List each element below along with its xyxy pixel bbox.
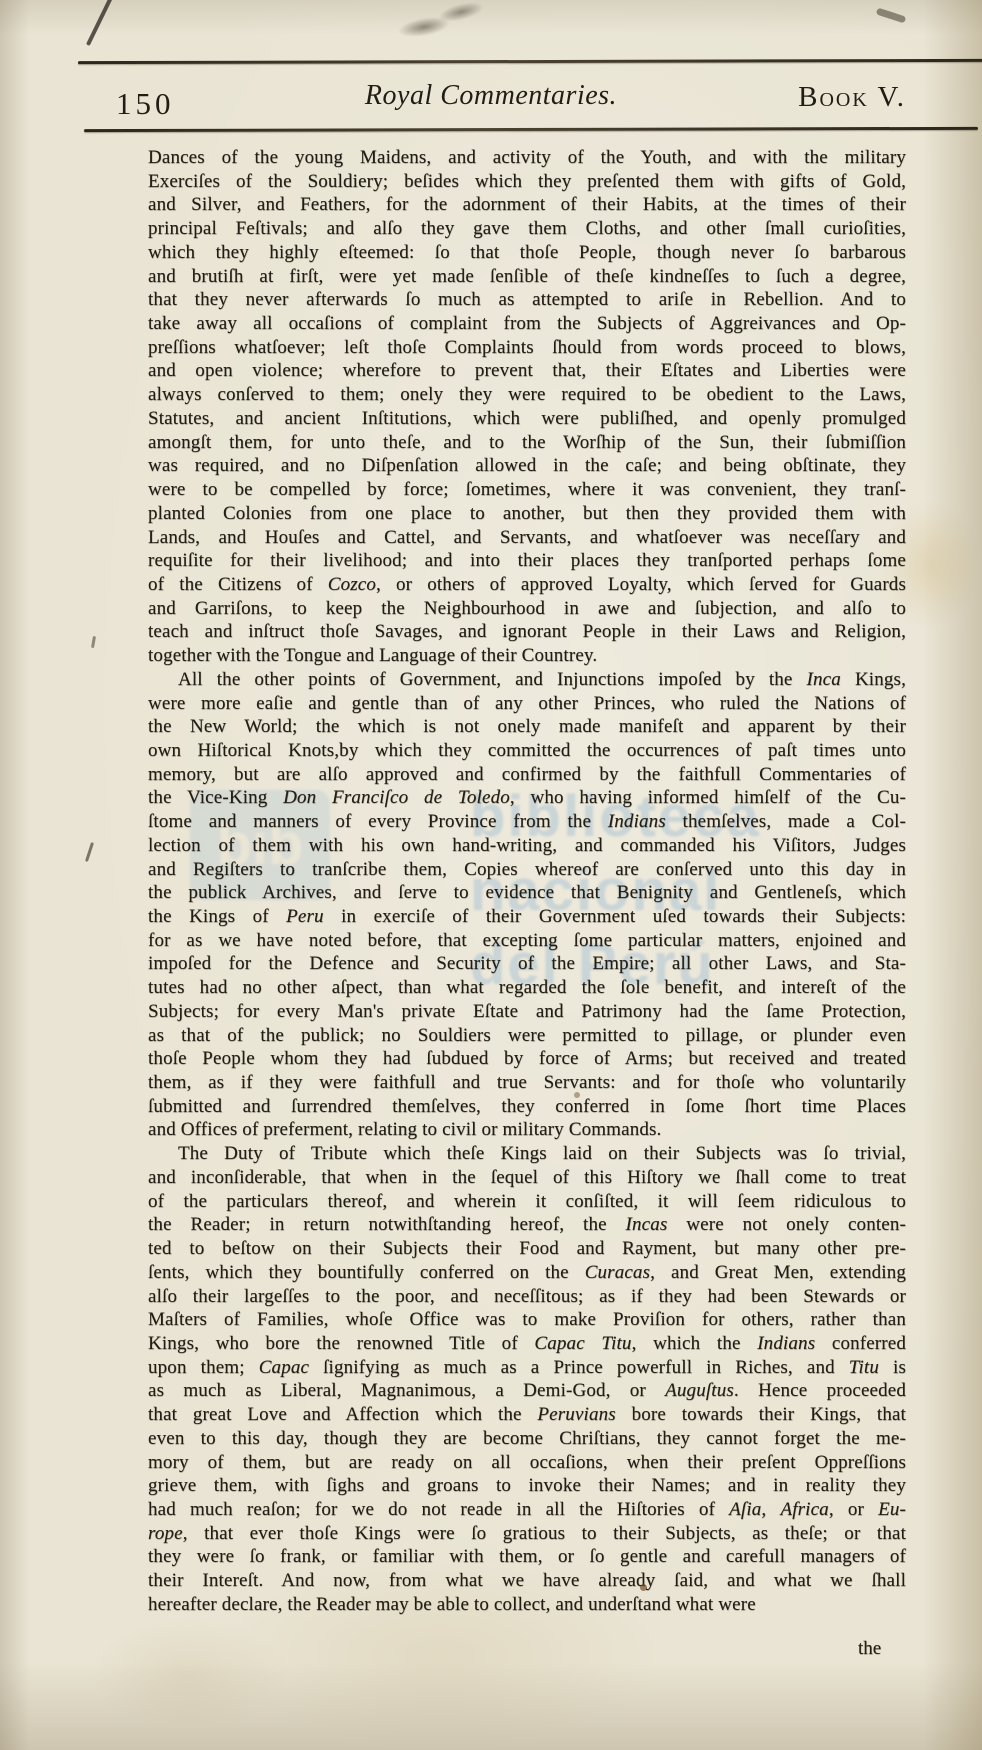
text-line: rope, that ever thoſe Kings were ſo grat… bbox=[148, 1522, 906, 1546]
text-line: mory of them, but are ready on all occaſ… bbox=[148, 1451, 906, 1475]
text-line: Exerciſes of the Souldiery; beſides whic… bbox=[148, 170, 906, 194]
text-line: ted to beſtow on their Subjects their Fo… bbox=[148, 1237, 906, 1261]
paper-speck bbox=[574, 1092, 580, 1098]
text-line: Kings, who bore the renowned Title of Ca… bbox=[148, 1332, 906, 1356]
text-line: and Regiſters to tranſcribe them, Copies… bbox=[148, 858, 906, 882]
text-line: together with the Tongue and Language of… bbox=[148, 644, 906, 668]
text-line: planted Colonies from one place to anoth… bbox=[148, 502, 906, 526]
text-line: them, as if they were faithfull and true… bbox=[148, 1071, 906, 1095]
text-line: memory, but are alſo approved and confir… bbox=[148, 763, 906, 787]
text-line: All the other points of Government, and … bbox=[148, 668, 906, 692]
margin-mark bbox=[85, 842, 94, 862]
text-line: Subjects; for every Man's private Eſtate… bbox=[148, 1000, 906, 1024]
text-line: teach and inſtruct thoſe Savages, and ig… bbox=[148, 620, 906, 644]
ink-mark-top-right bbox=[876, 8, 907, 24]
text-line: the Vice-King Don Franciſco de Toledo, w… bbox=[148, 786, 906, 810]
text-line: ſubmitted and ſurrendred themſelves, the… bbox=[148, 1095, 906, 1119]
text-line: as that of the publick; no Souldiers wer… bbox=[148, 1024, 906, 1048]
text-line: and Silver, and Feathers, for the adornm… bbox=[148, 193, 906, 217]
text-line: and inconſiderable, that when in the ſeq… bbox=[148, 1166, 906, 1190]
book-label: Book V. bbox=[798, 81, 906, 114]
text-line: alſo their largeſſes to the poor, and ne… bbox=[148, 1285, 906, 1309]
text-line: and Garriſons, to keep the Neighbourhood… bbox=[148, 597, 906, 621]
text-line: preſſions whatſoever; leſt thoſe Complai… bbox=[148, 336, 906, 360]
text-line: were to be compelled by force; ſometimes… bbox=[148, 478, 906, 502]
text-line: the Reader; in return notwithſtanding he… bbox=[148, 1213, 906, 1237]
text-block: Dances of the young Maidens, and activit… bbox=[148, 146, 906, 1617]
text-line: their Intereſt. And now, from what we ha… bbox=[148, 1569, 906, 1593]
text-line: that great Love and Affection which the … bbox=[148, 1403, 906, 1427]
text-line: tutes had no other aſpect, than what reg… bbox=[148, 976, 906, 1000]
text-line: of the particulars thereof, and wherein … bbox=[148, 1190, 906, 1214]
text-line: take away all occaſions of complaint fro… bbox=[148, 312, 906, 336]
text-line: that they never afterwards ſo much as at… bbox=[148, 288, 906, 312]
text-line: as much as Liberal, Magnanimous, a Demi-… bbox=[148, 1379, 906, 1403]
paper-stain bbox=[90, 1620, 290, 1730]
book-page: 150 Royal Commentaries. Book V. bib bibl… bbox=[0, 0, 982, 1750]
text-line: was required, and no Diſpenſation allowe… bbox=[148, 454, 906, 478]
text-line: impoſed for the Defence and Security of … bbox=[148, 952, 906, 976]
text-line: had much reaſon; for we do not reade in … bbox=[148, 1498, 906, 1522]
text-line: Lands, and Houſes and Cattel, and Servan… bbox=[148, 526, 906, 550]
text-line: always conſerved to them; onely they wer… bbox=[148, 383, 906, 407]
text-line: lection of them with his own hand-writin… bbox=[148, 834, 906, 858]
ink-stroke-top-left bbox=[86, 0, 114, 46]
page-header: 150 Royal Commentaries. Book V. bbox=[0, 80, 982, 130]
paper-speck bbox=[640, 1584, 647, 1591]
text-line: for as we have noted before, that except… bbox=[148, 929, 906, 953]
text-line: and Offices of preferment, relating to c… bbox=[148, 1118, 906, 1142]
text-line: amongſt them, for unto theſe, and to the… bbox=[148, 431, 906, 455]
text-line: thoſe People whom they had ſubdued by fo… bbox=[148, 1047, 906, 1071]
text-line: the publick Archives, and ſerve to evide… bbox=[148, 881, 906, 905]
text-line: and open violence; wherefore to prevent … bbox=[148, 359, 906, 383]
text-line: the Kings of Peru in exerciſe of their G… bbox=[148, 905, 906, 929]
text-line: the New World; the which is not onely ma… bbox=[148, 715, 906, 739]
text-line: hereafter declare, the Reader may be abl… bbox=[148, 1593, 906, 1617]
header-rule-top bbox=[78, 59, 982, 64]
text-line: which they highly eſteemed: ſo that thoſ… bbox=[148, 241, 906, 265]
text-line: requiſite for their livelihood; and into… bbox=[148, 549, 906, 573]
text-line: upon them; Capac ſignifying as much as a… bbox=[148, 1356, 906, 1380]
text-line: Dances of the young Maidens, and activit… bbox=[148, 146, 906, 170]
catchword: the bbox=[858, 1638, 881, 1660]
text-line: ſents, which they bountifully conferred … bbox=[148, 1261, 906, 1285]
text-line: ſtome and manners of every Province from… bbox=[148, 810, 906, 834]
text-line: and brutiſh at firſt, were yet made ſenſ… bbox=[148, 265, 906, 289]
text-line: were more eaſie and gentle than of any o… bbox=[148, 692, 906, 716]
text-line: principal Feſtivals; and alſo they gave … bbox=[148, 217, 906, 241]
text-line: grieve them, with ſighs and groans to in… bbox=[148, 1474, 906, 1498]
text-line: even to this day, though they are become… bbox=[148, 1427, 906, 1451]
text-line: The Duty of Tribute which theſe Kings la… bbox=[148, 1142, 906, 1166]
text-line: Maſters of Families, whoſe Office was to… bbox=[148, 1308, 906, 1332]
margin-mark bbox=[91, 636, 96, 648]
text-line: own Hiſtorical Knots,by which they commi… bbox=[148, 739, 906, 763]
text-line: they were ſo frank, or familiar with the… bbox=[148, 1545, 906, 1569]
text-line: Statutes, and ancient Inſtitutions, whic… bbox=[148, 407, 906, 431]
text-line: of the Citizens of Cozco, or others of a… bbox=[148, 573, 906, 597]
